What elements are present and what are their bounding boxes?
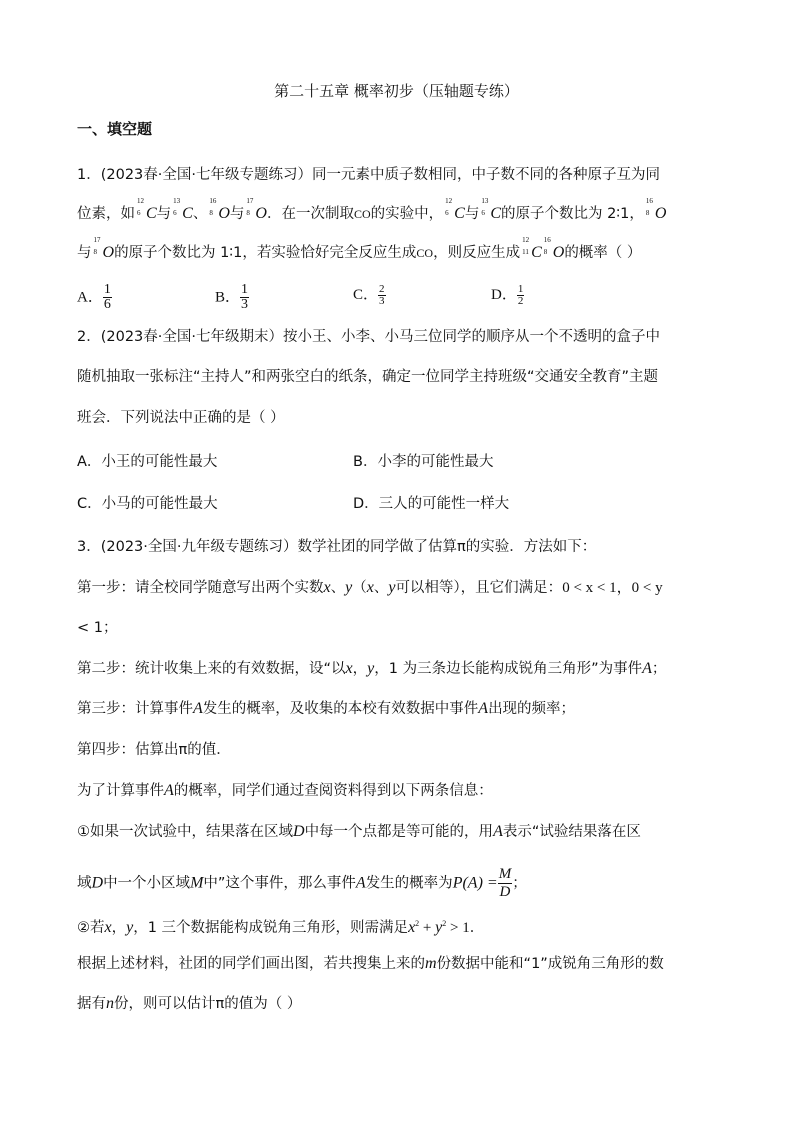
section-heading: 一、填空题 xyxy=(77,118,152,139)
q3-info-1: ①如果一次试验中，结果落在区域D中每一个点都是等可能的，用A表示“试验结果落在区 xyxy=(77,822,641,842)
q2-line-3: 班会．下列说法中正确的是（ ） xyxy=(77,408,285,428)
q1-option-c[interactable]: C．23 xyxy=(353,283,386,307)
q1-option-b[interactable]: B．13 xyxy=(215,283,249,312)
q3-step-3: 第三步：计算事件A发生的概率，及收集的本校有效数据中事件A出现的频率； xyxy=(77,699,575,719)
q1-option-d[interactable]: D．12 xyxy=(491,283,524,307)
isotope-o16: 168O xyxy=(209,204,230,224)
q3-info-intro: 为了计算事件A的概率，同学们通过查阅资料得到以下两条信息： xyxy=(77,781,493,801)
q3-conclusion-cont: 据有n份，则可以估计π的值为（ ） xyxy=(77,994,301,1014)
q1-line-1: 1．(2023春·全国·七年级专题练习）同一元素中质子数相同，中子数不同的各种原… xyxy=(77,165,660,185)
isotope-c13: 136C xyxy=(173,204,193,224)
q2-option-c[interactable]: C．小马的可能性最大 xyxy=(77,494,218,514)
q2-option-d[interactable]: D．三人的可能性一样大 xyxy=(353,494,509,514)
q3-conclusion: 根据上述材料，社团的同学们画出图，若共搜集上来的m份数据中能和“1”成锐角三角形… xyxy=(77,954,664,974)
page-title: 第二十五章 概率初步（压轴题专练） xyxy=(0,80,793,101)
isotope-o16-8: 168O xyxy=(544,243,565,263)
q3-line-1: 3．(2023·全国·九年级专题练习）数学社团的同学做了估算π的实验．方法如下： xyxy=(77,537,596,557)
isotope-c12-11: 1211C xyxy=(522,243,542,263)
q3-step-1-cont: < 1； xyxy=(77,618,117,638)
q2-line-1: 2．(2023春·全国·七年级期末）按小王、小李、小马三位同学的顺序从一个不透明… xyxy=(77,327,660,347)
q2-line-2: 随机抽取一张标注“主持人”和两张空白的纸条，确定一位同学主持班级“交通安全教育”… xyxy=(77,367,658,387)
fraction-m-over-d: MD xyxy=(498,866,513,901)
q2-option-b[interactable]: B．小李的可能性最大 xyxy=(353,452,493,472)
q3-step-1: 第一步：请全校同学随意写出两个实数x、y（x、y可以相等），且它们满足：0 < … xyxy=(77,578,663,598)
q1-line-2: 位素，如126C与136C、168O与178O．在一次制取CO的实验中，126C… xyxy=(77,204,666,224)
q1-line-3: 与178O的原子个数比为 1∶1，若实验恰好完全反应生成CO，则反应生成1211… xyxy=(77,243,641,263)
q3-info-2: ②若x，y，1 三个数据能构成锐角三角形，则需满足x2 + y2 > 1． xyxy=(77,914,484,938)
q3-step-4: 第四步：估算出π的值． xyxy=(77,740,231,760)
q2-option-a[interactable]: A．小王的可能性最大 xyxy=(77,452,217,472)
isotope-o17: 178O xyxy=(246,204,267,224)
q3-step-2: 第二步：统计收集上来的有效数据，设“以x，y，1 为三条边长能构成锐角三角形”为… xyxy=(77,659,666,679)
q3-info-1-cont: 域D中一个小区域M中”这个事件，那么事件A发生的概率为P(A) =MD； xyxy=(77,866,527,901)
isotope-c12: 126C xyxy=(137,204,157,224)
q1-option-a[interactable]: A．16 xyxy=(77,283,112,312)
